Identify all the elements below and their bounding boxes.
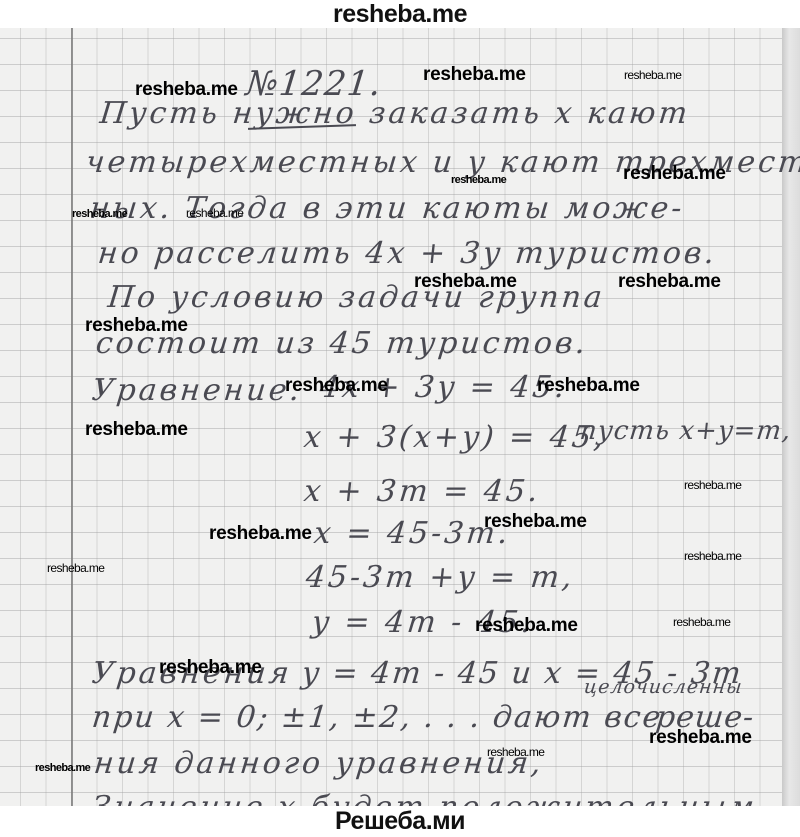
watermark: resheba.me [186, 206, 243, 220]
watermark: resheba.me [414, 271, 517, 293]
solution-line-20: Значение x будет положительным [90, 790, 758, 806]
watermark: resheba.me [85, 419, 188, 441]
solution-line-4: но расселить 4x + 3y туристов. [96, 236, 719, 271]
watermark: resheba.me [684, 478, 741, 492]
equation-2: x + 3(x+y) = 45, [302, 420, 608, 455]
solution-line-7: Уравнение. [90, 373, 304, 408]
equation-3: x + 3m = 45. [302, 474, 542, 509]
site-name-header: resheba.me [333, 0, 467, 28]
watermark: resheba.me [624, 68, 681, 82]
watermark: resheba.me [484, 511, 587, 533]
watermark: resheba.me [673, 615, 730, 629]
watermark: resheba.me [159, 657, 262, 679]
inserted-word: целочисленны [583, 676, 744, 698]
watermark: resheba.me [487, 745, 544, 759]
watermark: resheba.me [85, 315, 188, 337]
watermark: resheba.me [35, 762, 90, 774]
watermark: resheba.me [537, 375, 640, 397]
watermark: resheba.me [684, 549, 741, 563]
site-header: resheba.me [0, 0, 800, 28]
solution-line-3: ных. Тогда в эти каюты може- [88, 191, 686, 226]
watermark: resheba.me [135, 79, 238, 101]
solution-line-1: Пусть нужно заказать x кают [98, 96, 692, 131]
margin-line [71, 28, 73, 806]
watermark: resheba.me [475, 615, 578, 637]
equation-4: x = 45-3m. [312, 516, 512, 551]
watermark: resheba.me [649, 727, 752, 749]
watermark: resheba.me [451, 174, 506, 186]
site-footer: Решеба.ми [0, 806, 800, 837]
solution-line-19: ния данного уравнения, [92, 746, 545, 781]
solution-line-18: при x = 0; ±1, ±2, . . . дают все [90, 700, 664, 735]
site-name-footer: Решеба.ми [335, 807, 465, 835]
watermark: resheba.me [209, 523, 312, 545]
watermark: resheba.me [72, 208, 127, 220]
watermark: resheba.me [47, 561, 104, 575]
solution-line-5: По условию задачи группа [106, 280, 607, 315]
watermark: resheba.me [423, 64, 526, 86]
watermark: resheba.me [285, 375, 388, 397]
watermark: resheba.me [623, 163, 726, 185]
notebook-page: №1221. Пусть нужно заказать x кают четыр… [0, 28, 800, 806]
equation-5: 45-3m +y = m, [304, 560, 576, 595]
watermark: resheba.me [618, 271, 721, 293]
equation-2-note: пусть x+y=m, [578, 416, 792, 446]
